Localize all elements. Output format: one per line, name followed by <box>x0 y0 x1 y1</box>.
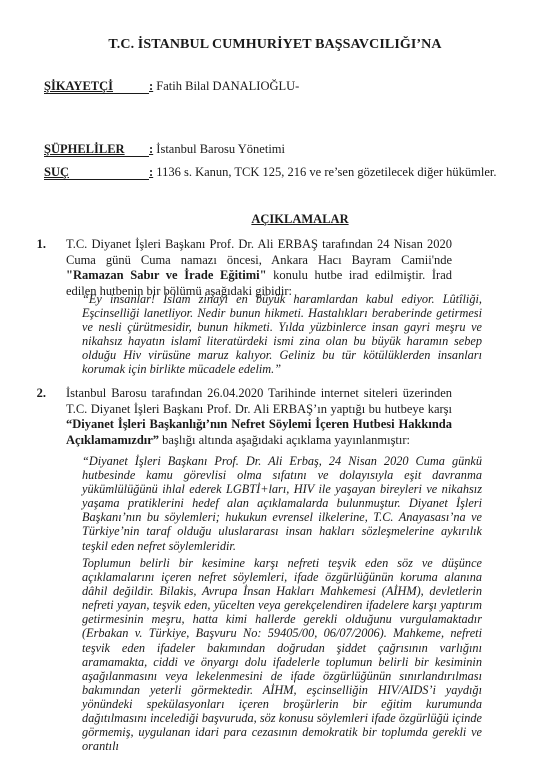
item-bold-text: "Ramazan Sabır ve İrade Eğitimi" <box>66 268 267 282</box>
complainant-label: ŞİKAYETÇİ <box>44 80 149 94</box>
numbered-item: 1. T.C. Diyanet İşleri Başkanı Prof. Dr.… <box>66 237 452 299</box>
complainant-value: Fatih Bilal DANALIOĞLU- <box>153 79 299 93</box>
item-number: 1. <box>16 237 46 253</box>
complainant-field: ŞİKAYETÇİ: Fatih Bilal DANALIOĞLU- <box>44 79 299 94</box>
item-text: T.C. Diyanet İşleri Başkanı Prof. Dr. Al… <box>66 237 452 267</box>
sermon-quote: “Ey insanlar! İslam zinayı en büyük hara… <box>82 292 482 377</box>
item-text: İstanbul Barosu tarafından 26.04.2020 Ta… <box>66 386 452 416</box>
item-number: 2. <box>16 386 46 402</box>
suspects-value: İstanbul Barosu Yönetimi <box>153 142 285 156</box>
offense-label: SUÇ <box>44 166 149 180</box>
item-text: başlığı altında aşağıdaki açıklama yayın… <box>159 433 410 447</box>
suspects-label: ŞÜPHELİLER <box>44 143 149 157</box>
section-heading: AÇIKLAMALAR <box>0 212 550 227</box>
document-title: T.C. İSTANBUL CUMHURİYET BAŞSAVCILIĞI’NA <box>0 37 550 53</box>
suspects-field: ŞÜPHELİLER: İstanbul Barosu Yönetimi <box>44 142 285 157</box>
bar-statement-continued: Toplumun belirli bir kesimine karşı nefr… <box>82 556 482 753</box>
bar-statement-quote: “Diyanet İşleri Başkanı Prof. Dr. Ali Er… <box>82 454 482 553</box>
offense-value: 1136 s. Kanun, TCK 125, 216 ve re’sen gö… <box>153 165 496 179</box>
numbered-item: 2. İstanbul Barosu tarafından 26.04.2020… <box>66 386 452 448</box>
offense-field: SUÇ: 1136 s. Kanun, TCK 125, 216 ve re’s… <box>44 165 497 180</box>
